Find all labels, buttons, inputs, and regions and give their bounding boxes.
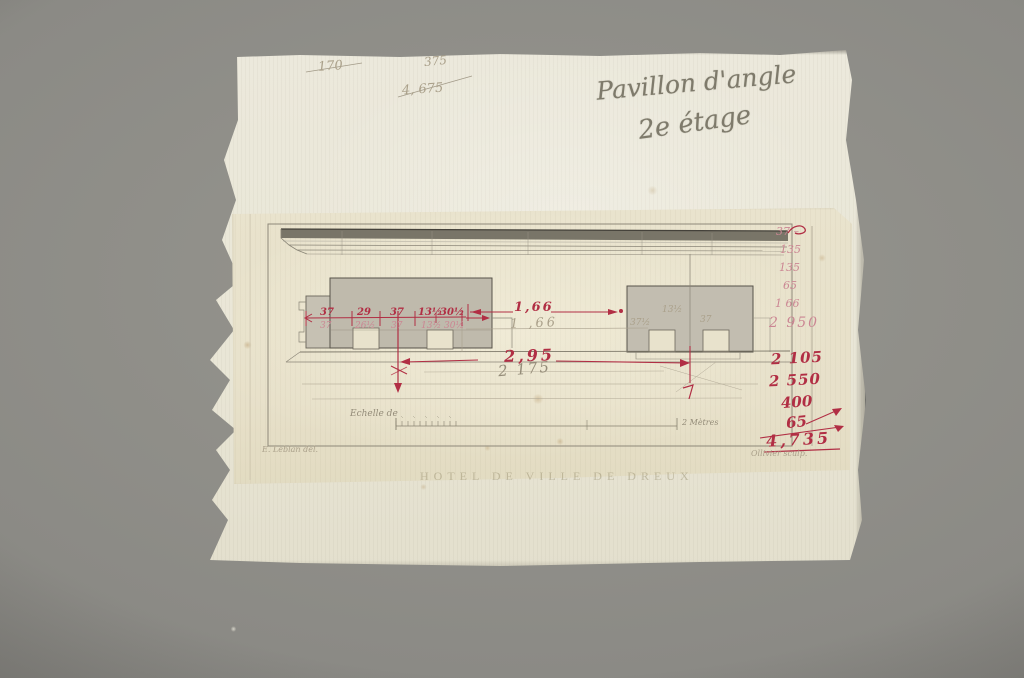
drawing-sheet (230, 206, 856, 488)
background-speck (231, 626, 236, 632)
photograph: Pavillon d'angle 2e étage 170 375 4, 675… (0, 0, 1024, 678)
